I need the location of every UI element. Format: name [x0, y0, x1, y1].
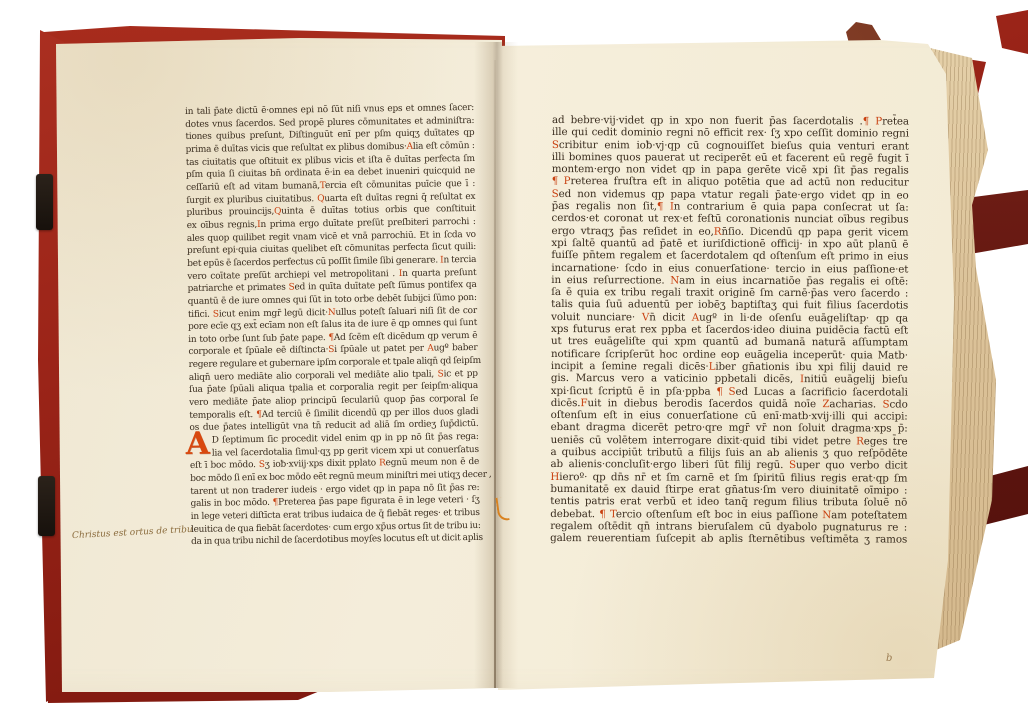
body-text: i ſpūale ut patet per — [334, 344, 427, 355]
body-text: nitiū euāgelij bieſu — [804, 373, 908, 385]
body-text: oſtenſum eſt in eius conuerſatione cū en… — [551, 409, 908, 423]
book-photo: A in tali p̄ate dictū ē·omnes epi nō ſūt… — [0, 0, 1028, 717]
body-text: fuiſſe pn̄tem regalem et ſacerdotalem qd… — [551, 249, 908, 263]
body-text: cerdos·et coronat ut rex·et feſtū corona… — [552, 212, 909, 226]
rubricated-text: N — [670, 274, 679, 286]
rubricated-text: F — [580, 397, 587, 409]
body-text: Ad ſcēm eſt dicēdum qp verum ē — [334, 331, 477, 343]
body-text: ed Lucas a ſacrificio ſacerdotali — [735, 385, 907, 398]
body-text: ab alienis·concluſit·ergo liberi ſūt fil… — [550, 458, 789, 471]
body-text: ercia eſt cōmunitas puīcie que ī : — [325, 179, 475, 191]
rubricated-text: ¶ T — [599, 508, 616, 520]
body-text: ceſſariū eſt ad vitam bumanā, — [186, 181, 320, 193]
body-text: Preterea p̄as pape figurata ē in lege ve… — [278, 495, 480, 508]
body-text: ic et pp — [443, 369, 477, 379]
body-text: xpi ſaltē quantū ad p̄atē et iuriſdictio… — [551, 237, 908, 251]
body-text: lia eſt cōmūn : — [413, 141, 475, 152]
body-text: ad bebre·vij·videt qp in xpo non fuerit … — [552, 114, 863, 127]
body-text: tentis patris erat verbū et ideo tanq̄ r… — [550, 495, 907, 509]
body-text: tifici. — [188, 309, 213, 319]
body-text: in toto orbe ſunt ſub p̄ate pape. — [188, 333, 328, 345]
body-text: cribitur enim ioƀ·vj·qp cū cognouiſſet b… — [559, 139, 909, 153]
body-text: cdo — [889, 398, 907, 410]
body-text: ed non videmus qp papa vtatur regali p̄a… — [559, 188, 909, 202]
body-text: uper quo verbo dicit — [796, 459, 908, 471]
rubricated-text: H — [550, 471, 559, 483]
body-text: ſurgit ex pluribus ciuitatibus. — [186, 194, 317, 206]
rubricated-text: ¶ S — [716, 385, 735, 397]
body-text: galis in boc mōdo. — [190, 498, 272, 509]
body-text: notificare ſcripſerūt hoc ordine eop euā… — [551, 348, 908, 362]
body-text: p̄as regalis non ſit, — [552, 200, 657, 212]
body-text: ugº in li·de oſenſu euāgeliſtap· qp qa — [699, 311, 908, 324]
rubricated-text: Z — [822, 398, 829, 410]
body-text: ʒ ioƀ·xviij·xps dixit pplato — [265, 459, 380, 471]
body-text: ex oībus regnis, — [187, 220, 258, 231]
body-text: da in qua tribu nichil de ſacerdotibus m… — [191, 533, 483, 547]
body-text: ergo vtraqʒ p̄as reſidet in eo, — [551, 225, 713, 238]
body-text: ieroº· qp dn̄s nr̄ et ſm carnē et ſm ſpi… — [559, 471, 907, 485]
body-text: illi bomines quos pauerat ut reciperēt e… — [552, 151, 909, 165]
body-text: ſa ē quia ex tribu regali traxit originē… — [551, 286, 908, 300]
right-page-text: ad bebre·vij·videt qp in xpo non fuerit … — [550, 114, 909, 546]
body-text: in eius reſurrectione. — [551, 274, 670, 287]
body-text: gis. Marcus vero a vaticinio ppbetali di… — [551, 372, 800, 385]
clasp-fitting-upper — [36, 174, 53, 230]
body-text: xps futurus erat rex ppba et ſacerdos·id… — [551, 323, 908, 337]
body-text: n̄ſio. Dicendū qp papa gerit vicem — [721, 225, 908, 238]
left-page-text: A in tali p̄ate dictū ē·omnes epi nō ſūt… — [185, 102, 480, 549]
rubricated-text: S — [552, 188, 559, 200]
body-text: ullus poteſt ſaluari niſi ſit de cor — [335, 305, 477, 317]
body-text: ugº baber — [434, 343, 478, 354]
body-text: egnū meum non ē de — [386, 457, 480, 468]
body-text: xpi·ſicut ſcriptū ē in pſa·ppba — [551, 385, 717, 398]
rubricated-text: N — [328, 307, 336, 317]
body-text: vero coītate preſūt archiepi vel metropo… — [187, 269, 399, 282]
body-text: voluit nunciare· — [551, 311, 642, 323]
body-text: ut tres euāgeliſte qui xpm quantū ad bum… — [551, 335, 908, 349]
body-text: bet epūs ē ſacerdos perfectus cū poſſit … — [187, 255, 440, 269]
body-text: icut enim mgr̄ legū dicit· — [219, 308, 328, 320]
rubricated-initial: A — [186, 431, 210, 457]
body-text: uit in diebus berodis ſacerdos quidā noī… — [587, 397, 822, 410]
body-text: iber gn̄ationis ibu xpi filij dauid re — [715, 361, 908, 374]
body-text: incipit a ſemine regali dicēs· — [551, 360, 709, 373]
rubricated-text: R — [714, 225, 722, 237]
body-text: corporale et ſpūale eē diſtincta· — [188, 345, 328, 357]
body-text: n contrarium ē quia papa conſecrat ut ſa… — [674, 201, 909, 214]
body-text: talis quia ſuū aduentū per iobēʒ baptiſt… — [551, 298, 908, 312]
rubricated-text: S — [882, 398, 889, 410]
body-text: ueniēs cū volētem interrogare dixit·quid… — [551, 434, 857, 447]
body-text: am in eius incarnatiōe p̄as regalis ei o… — [679, 274, 908, 287]
clasp-fitting-lower — [38, 476, 55, 536]
body-text: n tercia — [443, 255, 476, 265]
body-text: montem·ergo non videt qp in papa gerēte … — [552, 163, 909, 177]
body-text: ret̄ea — [882, 115, 909, 127]
body-text: a quibus accipiūt tributū a filijs ſuis … — [550, 446, 907, 460]
body-text: ercio oſtenſum eſt boc in eius paſſione — [616, 508, 822, 521]
body-text: Ad terciū ē ſimilit dicendū qp per illos… — [262, 407, 479, 420]
rubricated-text: ¶ I — [657, 201, 674, 213]
body-text: acharias. — [829, 398, 882, 410]
body-text: ed in quīta duītate peſt ſūmus pontifex … — [294, 280, 476, 293]
body-text: n̄ dicit — [649, 311, 692, 323]
body-text: uinta ē duītas totius orbis que conſtitu… — [281, 204, 475, 217]
body-text: bumanitatē ex dauid ſtirpe erat gn̄atus·… — [550, 483, 907, 497]
text-line: galem reuerentiam ſuſcepit ab aplis ſter… — [550, 532, 907, 546]
body-text: am poteſtatem — [831, 509, 907, 521]
body-text: pluribus prouincijs, — [186, 207, 274, 218]
rubricated-text: ¶ P — [863, 115, 882, 127]
body-text: n prima ergo duītate preſūt preſbiteri p… — [260, 217, 475, 230]
body-text: galem reuerentiam ſuſcepit ab aplis ſter… — [550, 532, 907, 546]
corner-mark: b — [886, 653, 892, 664]
body-text: patriarche et primates — [187, 283, 288, 294]
body-text: regalem oſtēdit qn̄ intrans bieruſalem c… — [550, 520, 907, 534]
rubricated-text: S — [552, 139, 559, 151]
rubricated-text: ¶ P — [552, 175, 571, 187]
body-text: dicēs. — [551, 397, 581, 409]
center-fold-line — [494, 60, 496, 688]
rubricated-text: A — [692, 311, 699, 323]
body-text: debebat. — [550, 507, 599, 519]
body-text: prima ē duītas vicis que reſultat ex pli… — [186, 142, 407, 155]
body-text: eges t̄re — [864, 435, 908, 447]
body-text: uarta eſt duītas regni q̄ reſultat ex — [324, 192, 475, 204]
body-text: n quarta preſunt — [402, 267, 476, 278]
body-text: temporalis eſt. — [189, 410, 256, 421]
body-text: ebant dragma dicerēt petro·qre mgr̄ vr̄ … — [551, 421, 908, 435]
body-text: incarnatione· ſcdo in eius conuerſatione… — [551, 262, 908, 276]
body-text: ille qui cedit dominio regni nō efficit … — [552, 126, 909, 140]
body-text: eſt ī boc mōdo. — [190, 460, 259, 471]
body-text: reterea fruſtra eſt in aliquo potētia qu… — [570, 176, 908, 189]
rubricated-text: N — [822, 509, 831, 521]
